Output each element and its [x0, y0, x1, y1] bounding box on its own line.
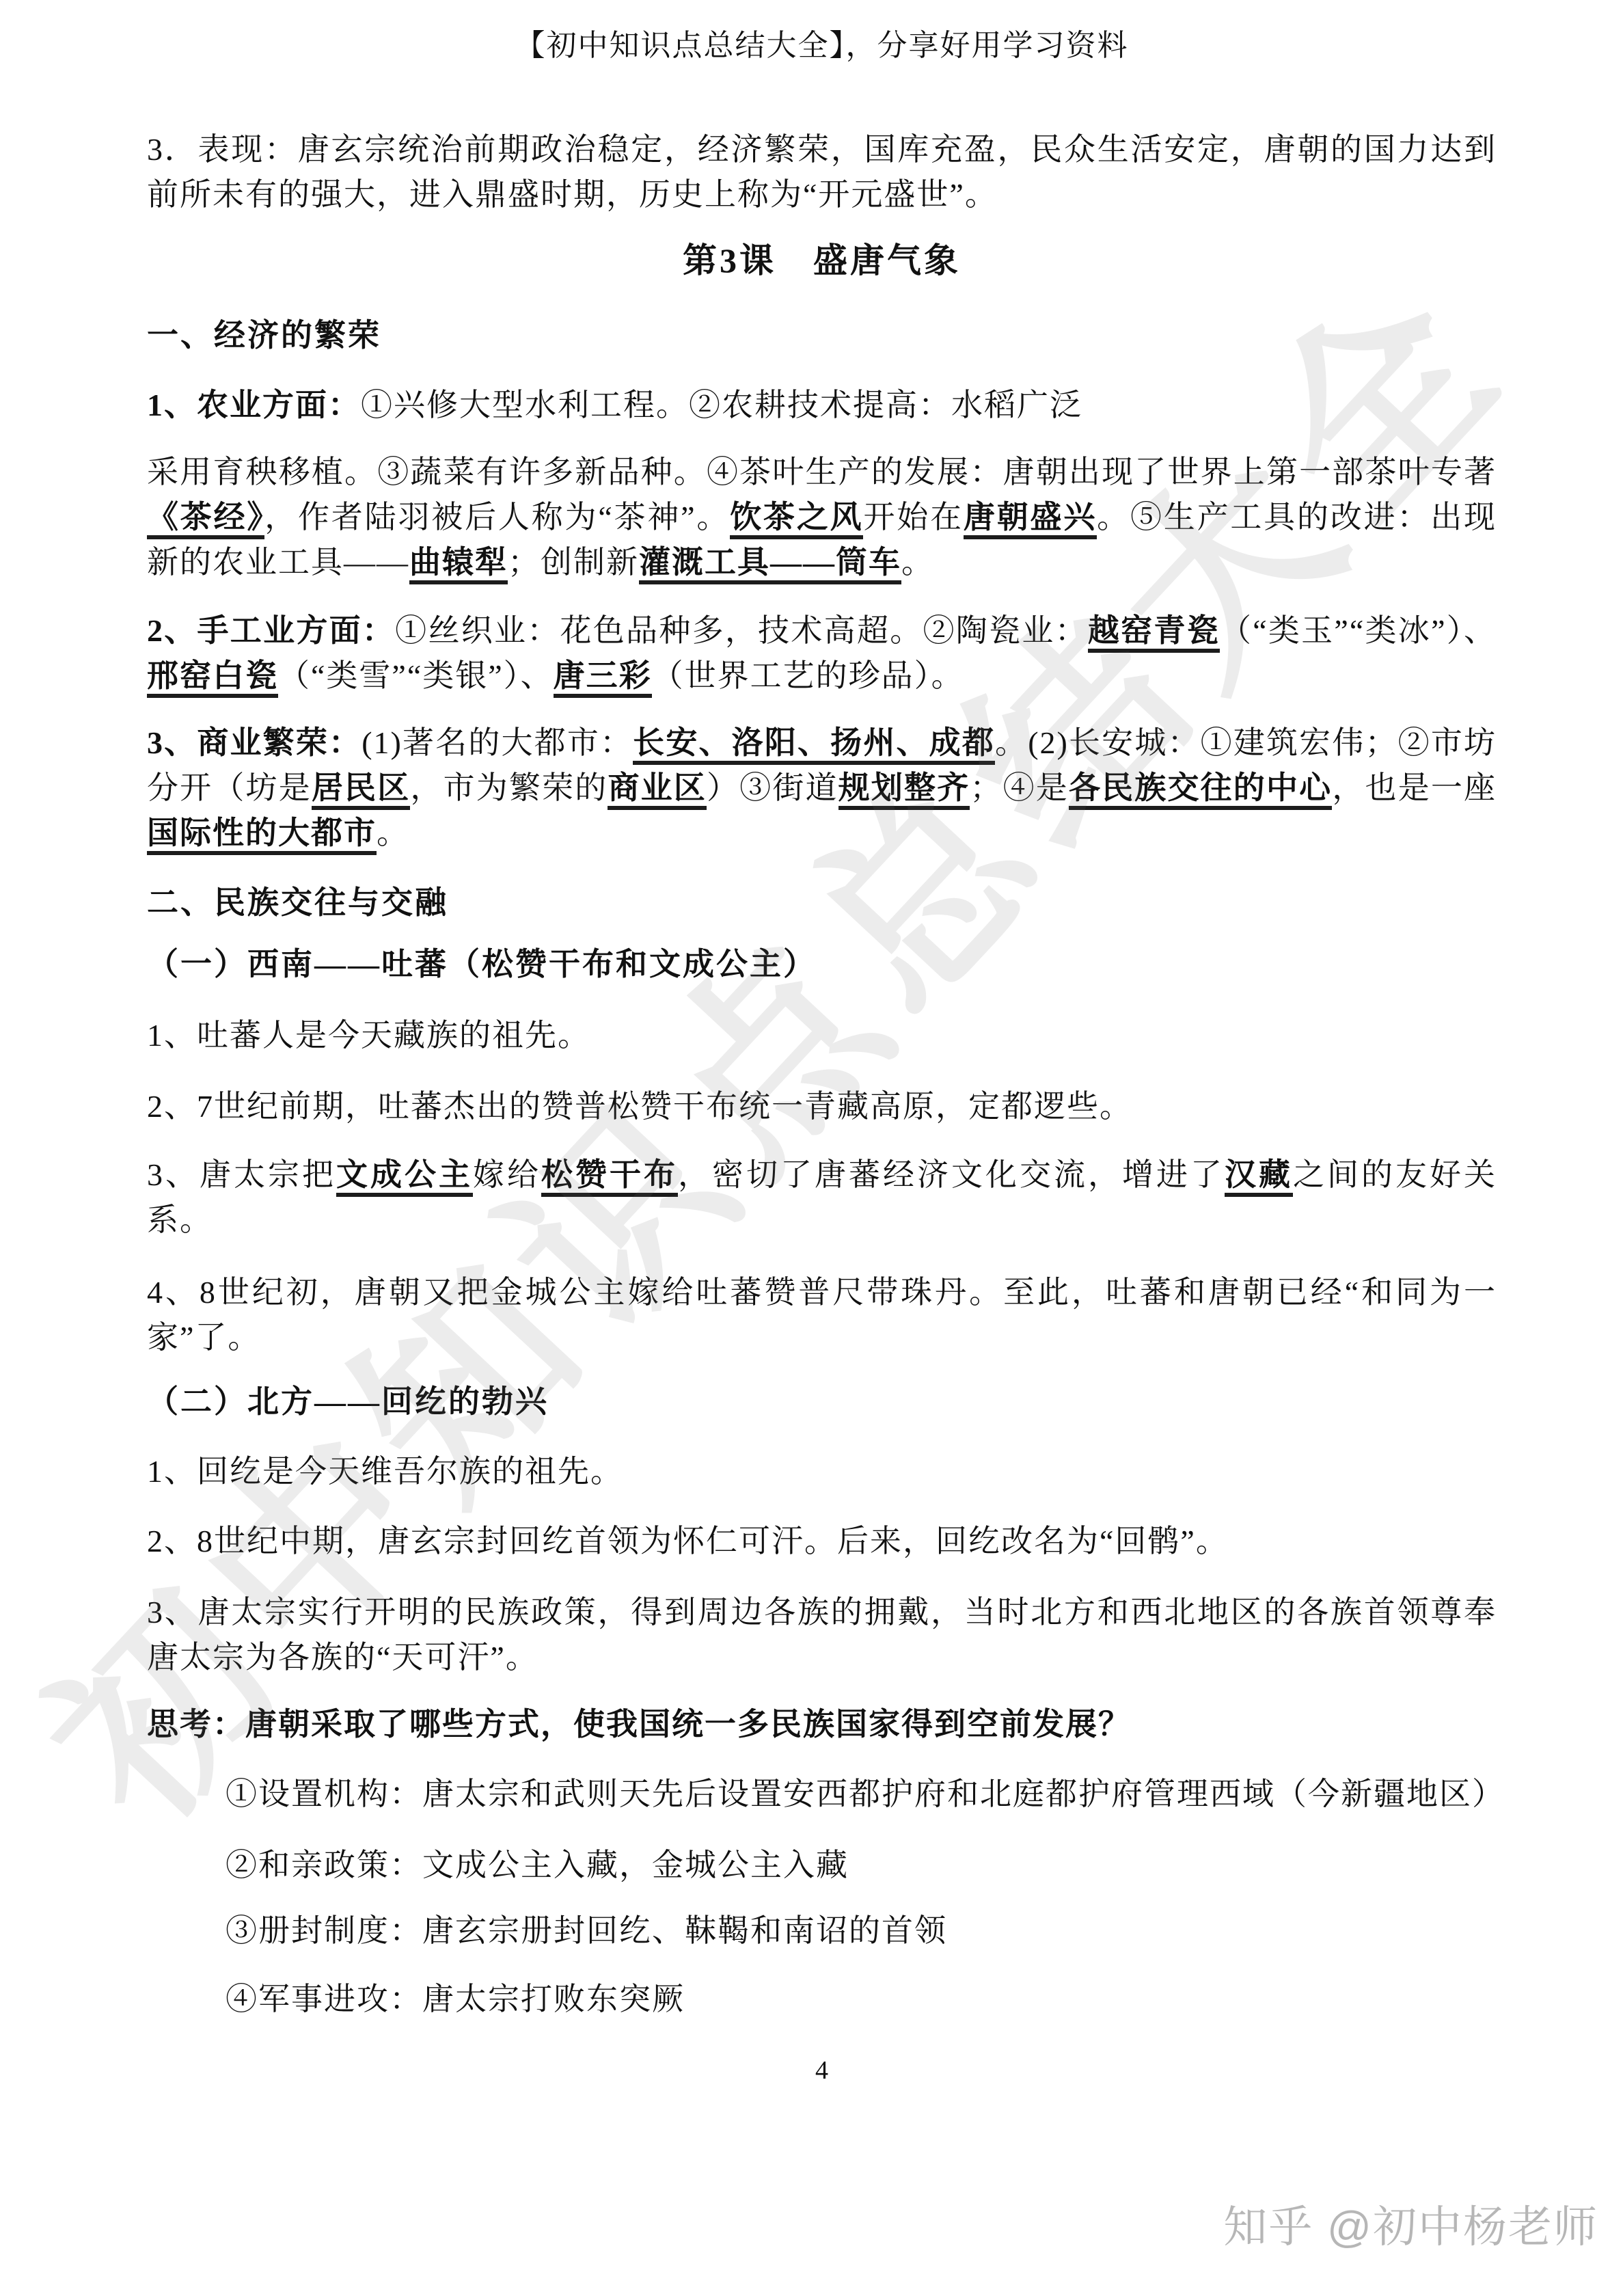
text-segment: 国际性的大都市 [147, 815, 377, 855]
paragraph-tubo-4: 4、8世纪初，唐朝又把金城公主嫁给吐蕃赞普尺带珠丹。至此，吐蕃和唐朝已经“和同为… [147, 1270, 1497, 1360]
text-segment: 1、吐蕃人是今天藏族的祖先。 [147, 1018, 590, 1053]
text-segment: ；④是 [970, 770, 1069, 805]
section-heading-ethnic: 二、民族交往与交融 [147, 883, 1497, 923]
paragraph-handicraft: 2、手工业方面：①丝织业：花色品种多，技术高超。②陶瓷业：越窑青瓷（“类玉”“类… [147, 608, 1497, 699]
text-segment: 开始在 [863, 500, 963, 535]
text-segment: 3、商业繁荣： [147, 725, 362, 760]
text-segment: 2、8世纪中期，唐玄宗封回纥首领为怀仁可汗。后来，回纥改名为“回鹘”。 [147, 1524, 1229, 1558]
text-segment: 曲辕犁 [409, 545, 508, 584]
lesson-title: 第3课 盛唐气象 [147, 239, 1497, 282]
paragraph-tubo-3: 3、唐太宗把文成公主嫁给松赞干布，密切了唐蕃经济文化交流，增进了汉藏之间的友好关… [147, 1152, 1497, 1243]
paragraph-huihe-1: 1、回纥是今天维吾尔族的祖先。 [147, 1449, 1497, 1494]
text-segment: 饮茶之风 [730, 500, 863, 539]
text-segment: ，也是一座 [1332, 770, 1497, 805]
text-segment: ）③街道 [707, 770, 838, 805]
text-segment: 唐三彩 [554, 658, 652, 698]
text-segment: 松赞干布 [541, 1157, 678, 1197]
text-segment: 规划整齐 [838, 770, 970, 810]
text-segment: 思考：唐朝采取了哪些方式，使我国统一多民族国家得到空前发展？ [147, 1707, 1131, 1742]
paragraph-think-question: 思考：唐朝采取了哪些方式，使我国统一多民族国家得到空前发展？ [147, 1702, 1497, 1747]
paragraph-tubo-1: 1、吐蕃人是今天藏族的祖先。 [147, 1013, 1497, 1058]
text-segment: 1、回纥是今天维吾尔族的祖先。 [147, 1454, 623, 1489]
text-segment: （“类玉”“类冰”）、 [1220, 613, 1497, 648]
paragraph-huihe-2: 2、8世纪中期，唐玄宗封回纥首领为怀仁可汗。后来，回纥改名为“回鹘”。 [147, 1519, 1497, 1564]
paragraph-tubo-2: 2、7世纪前期，吐蕃杰出的赞普松赞干布统一青藏高原，定都逻些。 [147, 1084, 1497, 1129]
text-segment: 文成公主 [336, 1157, 473, 1197]
text-segment: （世界工艺的珍品）。 [652, 658, 964, 693]
text-segment: ②和亲政策：文成公主入藏，金城公主入藏 [226, 1848, 849, 1882]
paragraph-measure-1: ①设置机构：唐太宗和武则天先后设置安西都护府和北庭都护府管理西域（今新疆地区） [147, 1772, 1497, 1817]
text-segment: 采用育秧移植。③蔬菜有许多新品种。④茶叶生产的发展：唐朝出现了世界上第一部茶叶专… [147, 455, 1497, 489]
text-segment: 各民族交往的中心 [1069, 770, 1332, 810]
paragraph-agriculture-lead: 1、农业方面：①兴修大型水利工程。②农耕技术提高：水稻广泛 [147, 383, 1497, 428]
text-segment: 商业区 [608, 770, 707, 810]
subsection-heading-north-huihe: （二）北方——回纥的勃兴 [147, 1382, 1497, 1422]
paragraph-manifestation: 3．表现：唐玄宗统治前期政治稳定，经济繁荣，国库充盈，民众生活安定，唐朝的国力达… [147, 127, 1497, 217]
text-segment: 邢窑白瓷 [147, 658, 278, 698]
paragraph-measure-3: ③册封制度：唐玄宗册封回纥、靺鞨和南诏的首领 [147, 1908, 1497, 1954]
paragraph-agriculture-detail: 采用育秧移植。③蔬菜有许多新品种。④茶叶生产的发展：唐朝出现了世界上第一部茶叶专… [147, 450, 1497, 585]
subsection-heading-southwest-tubo: （一）西南——吐蕃（松赞干布和文成公主） [147, 945, 1497, 984]
paragraph-commerce: 3、商业繁荣：(1)著名的大都市：长安、洛阳、扬州、成都。(2)长安城：①建筑宏… [147, 720, 1497, 856]
text-segment: 灌溉工具——筒车 [639, 545, 901, 584]
text-segment: ，市为繁荣的 [410, 770, 608, 805]
text-segment: 。 [901, 545, 934, 580]
paragraph-measure-4: ④军事进攻：唐太宗打败东突厥 [147, 1977, 1497, 2022]
document-page: 初中知识点总结大全 【初中知识点总结大全】，分享好用学习资料 3．表现：唐玄宗统… [0, 0, 1623, 2296]
text-segment: ④军事进攻：唐太宗打败东突厥 [226, 1982, 685, 2016]
text-segment: 汉藏 [1225, 1157, 1293, 1197]
text-segment: ；创制新 [508, 545, 639, 580]
text-segment: ③册封制度：唐玄宗册封回纥、靺鞨和南诏的首领 [226, 1913, 947, 1948]
text-segment: （“类雪”“类银”）、 [278, 658, 554, 693]
paragraph-measure-2: ②和亲政策：文成公主入藏，金城公主入藏 [147, 1843, 1497, 1888]
text-segment: 越窑青瓷 [1088, 613, 1220, 653]
text-segment: 3、唐太宗实行开明的民族政策，得到周边各族的拥戴，当时北方和西北地区的各族首领尊… [147, 1595, 1497, 1675]
text-segment: 嫁给 [473, 1157, 541, 1192]
text-segment: 居民区 [312, 770, 411, 810]
text-segment: ，密切了唐蕃经济文化交流，增进了 [678, 1157, 1225, 1192]
text-segment: ①设置机构：唐太宗和武则天先后设置安西都护府和北庭都护府管理西域（今新疆地区） [226, 1777, 1505, 1811]
text-segment: (1)著名的大都市： [362, 725, 633, 760]
paragraph-huihe-3: 3、唐太宗实行开明的民族政策，得到周边各族的拥戴，当时北方和西北地区的各族首领尊… [147, 1590, 1497, 1680]
text-segment: ①兴修大型水利工程。②农耕技术提高：水稻广泛 [361, 388, 1082, 422]
text-segment: 3、唐太宗把 [147, 1157, 336, 1192]
text-segment: 1、农业方面： [147, 388, 361, 422]
text-segment: 唐朝盛兴 [964, 500, 1097, 539]
text-segment: 长安、洛阳、扬州、成都 [633, 725, 995, 765]
text-segment: 《茶经》 [147, 500, 264, 539]
text-segment: 2、手工业方面： [147, 613, 395, 648]
text-segment: 4、8世纪初，唐朝又把金城公主嫁给吐蕃赞普尺带珠丹。至此，吐蕃和唐朝已经“和同为… [147, 1275, 1497, 1355]
text-segment: ，作者陆羽被后人称为“茶神”。 [264, 500, 730, 535]
page-header-text: 【初中知识点总结大全】，分享好用学习资料 [147, 29, 1497, 63]
page-number: 4 [147, 2055, 1497, 2086]
zhihu-watermark: 知乎 @初中杨老师 [1223, 2200, 1598, 2254]
text-segment: 3．表现：唐玄宗统治前期政治稳定，经济繁荣，国库充盈，民众生活安定，唐朝的国力达… [147, 132, 1497, 212]
text-segment: 2、7世纪前期，吐蕃杰出的赞普松赞干布统一青藏高原，定都逻些。 [147, 1089, 1132, 1124]
text-segment: ①丝织业：花色品种多，技术高超。②陶瓷业： [395, 613, 1088, 648]
section-heading-economy: 一、经济的繁荣 [147, 316, 1497, 355]
text-segment: 。 [377, 815, 409, 850]
